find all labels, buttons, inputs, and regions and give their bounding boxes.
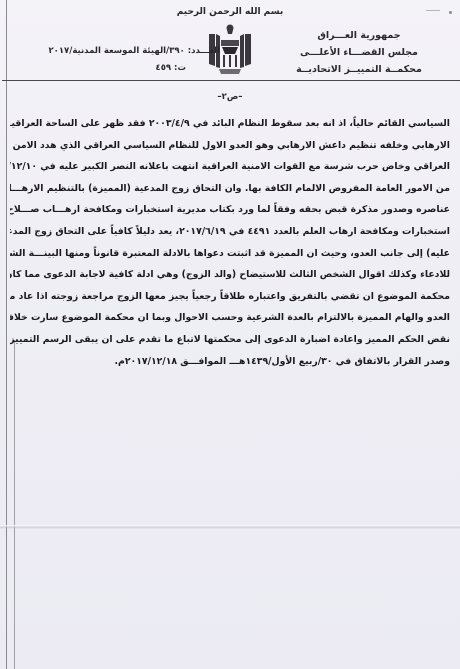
issuer-court: محكمــة التمييــز الاتحاديــة: [284, 61, 434, 78]
scanned-document-page: بسم الله الرحمن الرحيم جمهورية العـــراق…: [0, 0, 460, 669]
issuer-header: جمهورية العـــراق مجلس القضـــاء الأعلــ…: [284, 27, 434, 78]
case-serial: ت: ٤٥٩: [30, 60, 220, 77]
body-line: عناصره وصدور مذكرة قبض بحقه وفقاً لما ور…: [10, 199, 450, 221]
header-divider: [2, 80, 460, 81]
issuer-country: جمهورية العـــراق: [284, 27, 434, 44]
issuer-council: مجلس القضـــاء الأعلـــى: [284, 44, 434, 61]
body-line: الارهابي وخلفه تنظيم داعش الارهابي وهو ا…: [10, 135, 450, 157]
body-line: للادعاء وكذلك اقوال الشخص الثالث للاستيض…: [10, 264, 450, 286]
body-line-closing: وصدر القرار بالاتفاق في ٣٠/ربيع الأول/١٤…: [10, 351, 450, 373]
body-line: العراقي وخاض حرب شرسة مع القوات الامنية …: [10, 156, 450, 178]
body-line: محكمة الموضوع ان تقضي بالتفريق واعتباره …: [10, 286, 450, 308]
body-line: العدو والهام المميزة بالالتزام بالعدة ال…: [10, 307, 450, 329]
body-line: من الامور العامة المفروض الالمام الكافة …: [10, 178, 450, 200]
paper-fold-crease: [0, 525, 460, 529]
body-line: نقض الحكم المميز واعادة اضبارة الدعوى إل…: [10, 329, 450, 351]
left-margin-rule-lower: [14, 340, 15, 669]
case-number: العـــدد: ٣٩٠/الهيئة الموسعة المدنية/٢٠١…: [30, 43, 220, 60]
case-reference-block: العـــدد: ٣٩٠/الهيئة الموسعة المدنية/٢٠١…: [30, 43, 220, 77]
body-line: عليه) إلى جانب العدو، وحيث ان المميزة قد…: [10, 243, 450, 265]
basmala-heading: بسم الله الرحمن الرحيم: [0, 7, 460, 17]
body-line: السياسي القائم حالياً، اذ انه بعد سقوط ا…: [10, 113, 450, 135]
decision-body: السياسي القائم حالياً، اذ انه بعد سقوط ا…: [10, 113, 450, 372]
page-number: –ص٢–: [0, 92, 460, 102]
body-line: استخبارات ومكافحة ارهاب العلم بالعدد ٤٤٩…: [10, 221, 450, 243]
